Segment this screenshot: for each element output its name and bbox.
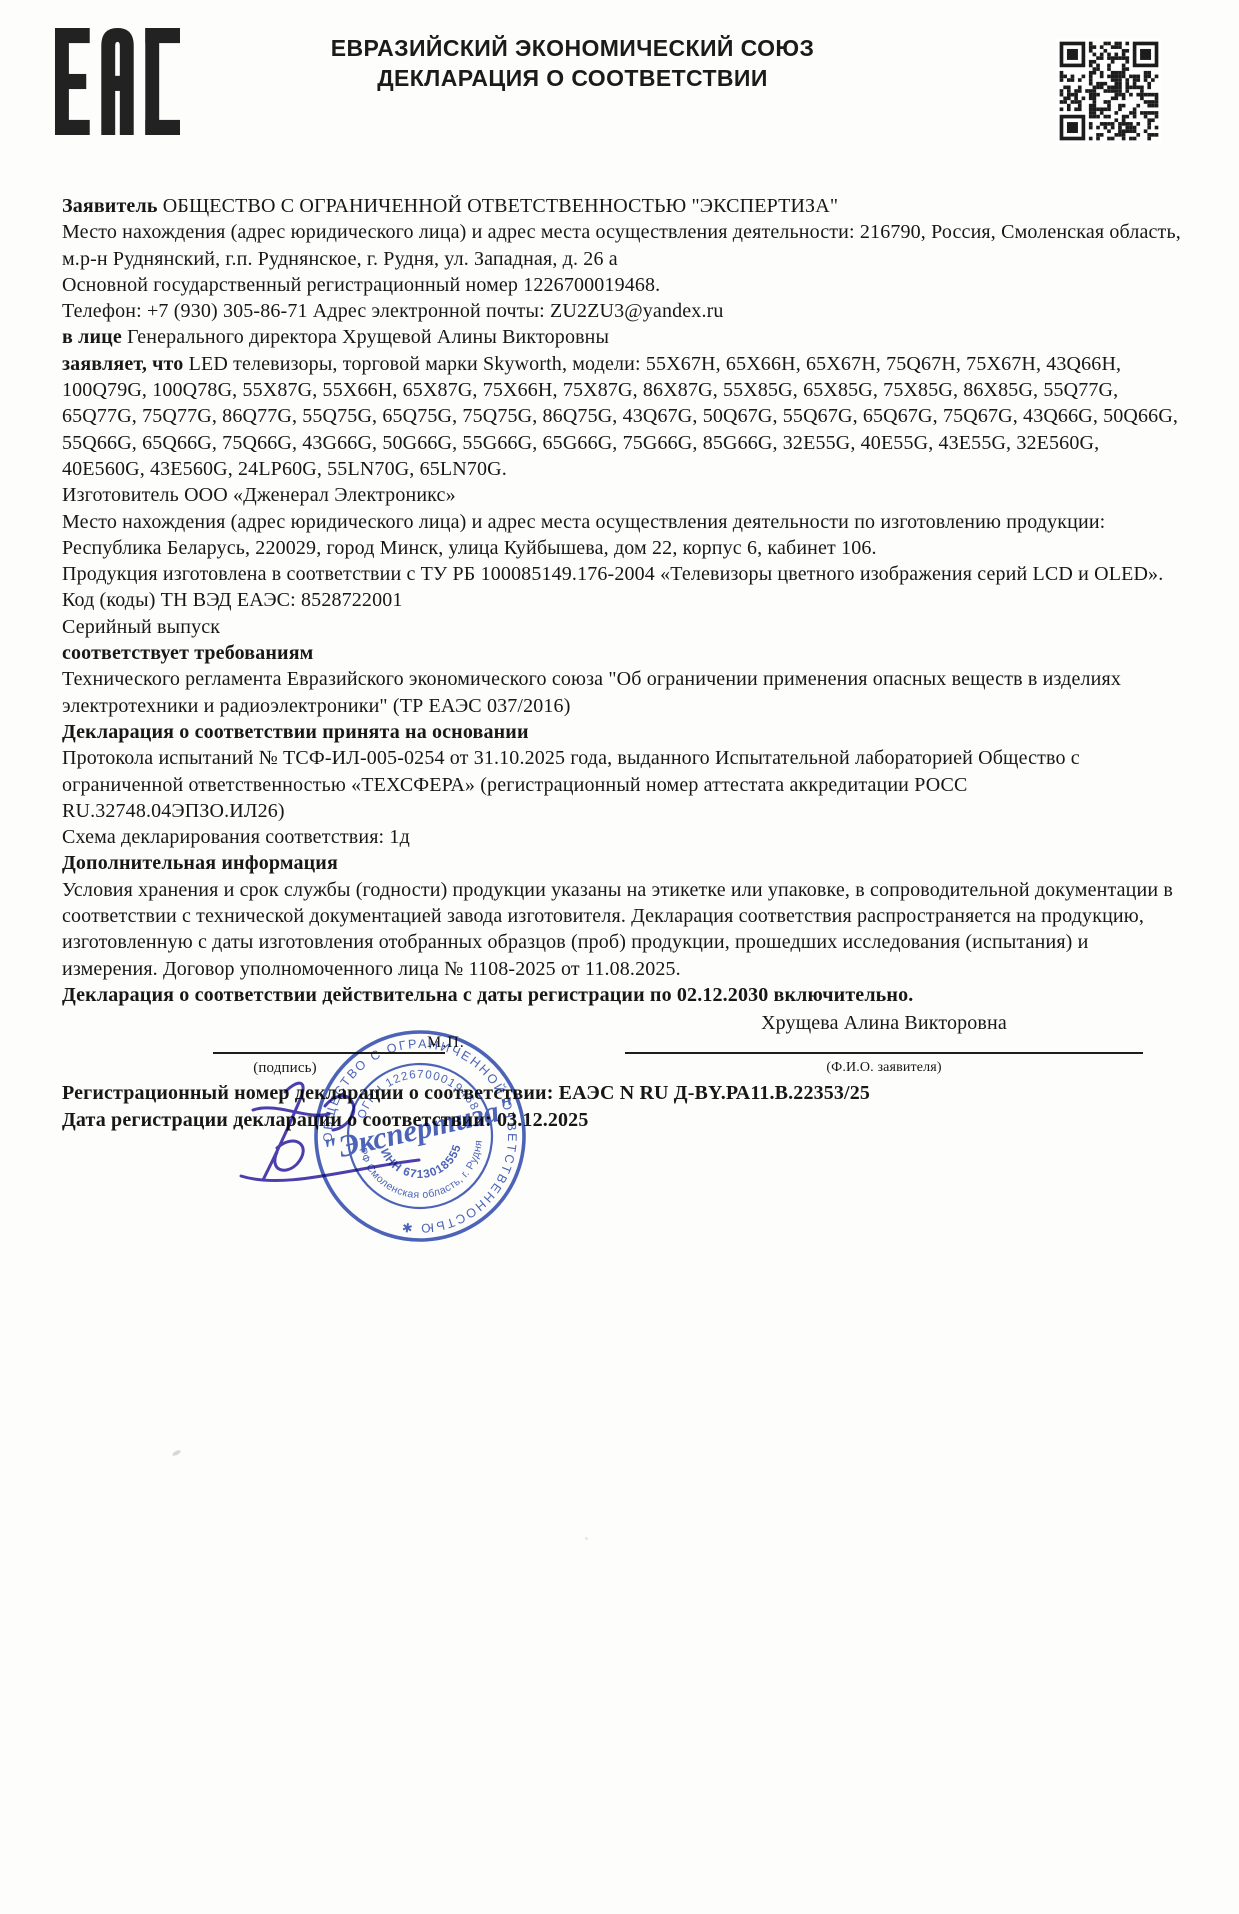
basis-label: Декларация о соответствии принята на осн… xyxy=(62,719,1184,745)
applicant-name-line: Заявитель ОБЩЕСТВО С ОГРАНИЧЕННОЙ ОТВЕТС… xyxy=(62,193,1184,219)
validity-statement: Декларация о соответствии действительна … xyxy=(62,982,1184,1008)
additional-info-text: Условия хранения и срок службы (годности… xyxy=(62,877,1184,982)
applicant-address: Место нахождения (адрес юридического лиц… xyxy=(62,219,1184,272)
applicant-contacts: Телефон: +7 (930) 305-86-71 Адрес электр… xyxy=(62,298,1184,324)
signature-block: Хрущева Алина Викторовна (подпись) (Ф.И.… xyxy=(62,1008,1184,1080)
serial-line: Серийный выпуск xyxy=(62,614,1184,640)
scan-speck xyxy=(585,1537,588,1540)
handwritten-signature xyxy=(233,1076,428,1196)
manufacturer-address: Место нахождения (адрес юридического лиц… xyxy=(62,509,1184,562)
qr-code-icon xyxy=(1056,38,1162,144)
document-header: ЕВРАЗИЙСКИЙ ЭКОНОМИЧЕСКИЙ СОЮЗ ДЕКЛАРАЦИ… xyxy=(250,33,895,93)
document-body: Заявитель ОБЩЕСТВО С ОГРАНИЧЕННОЙ ОТВЕТС… xyxy=(62,193,1184,1133)
header-doc-type: ДЕКЛАРАЦИЯ О СООТВЕТСТВИИ xyxy=(250,63,895,93)
header-union-title: ЕВРАЗИЙСКИЙ ЭКОНОМИЧЕСКИЙ СОЮЗ xyxy=(250,33,895,63)
declaration-document: ЕВРАЗИЙСКИЙ ЭКОНОМИЧЕСКИЙ СОЮЗ ДЕКЛАРАЦИ… xyxy=(0,0,1239,1914)
fio-line xyxy=(625,1052,1143,1054)
registration-date-line: Дата регистрации декларации о соответств… xyxy=(62,1107,1184,1133)
applicant-label: Заявитель xyxy=(62,195,158,217)
product-declaration: заявляет, что LED телевизоры, торговой м… xyxy=(62,351,1184,482)
declares-label: заявляет, что xyxy=(62,353,183,375)
applicant-person-line: в лице Генерального директора Хрущевой А… xyxy=(62,324,1184,350)
manufacturer-production: Продукция изготовлена в соответствии с Т… xyxy=(62,561,1184,587)
requirements-label: соответствует требованиям xyxy=(62,640,1184,666)
scan-speck xyxy=(172,1449,182,1457)
eac-mark-icon xyxy=(55,28,180,135)
in-person-label: в лице xyxy=(62,326,122,348)
registration-number-line: Регистрационный номер декларации о соотв… xyxy=(62,1080,1184,1106)
applicant-ogrn: Основной государственный регистрационный… xyxy=(62,272,1184,298)
manufacturer-name-line: Изготовитель ООО «Дженерал Электроникс» xyxy=(62,482,1184,508)
requirements-text: Технического регламента Евразийского эко… xyxy=(62,666,1184,719)
applicant-fio: Хрущева Алина Викторовна xyxy=(625,1010,1143,1036)
fio-caption: (Ф.И.О. заявителя) xyxy=(625,1055,1143,1081)
scheme-line: Схема декларирования соответствия: 1д xyxy=(62,824,1184,850)
basis-text: Протокола испытаний № ТСФ-ИЛ-005-0254 от… xyxy=(62,745,1184,824)
additional-info-label: Дополнительная информация xyxy=(62,850,1184,876)
tn-ved-line: Код (коды) ТН ВЭД ЕАЭС: 8528722001 xyxy=(62,587,1184,613)
